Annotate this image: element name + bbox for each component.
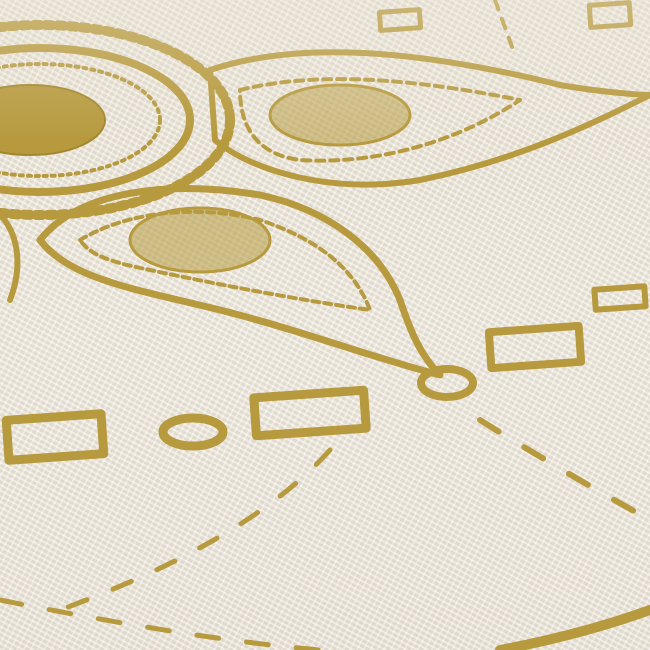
yoga-mat-photo <box>0 0 650 650</box>
gold-mandala-print <box>0 0 650 650</box>
